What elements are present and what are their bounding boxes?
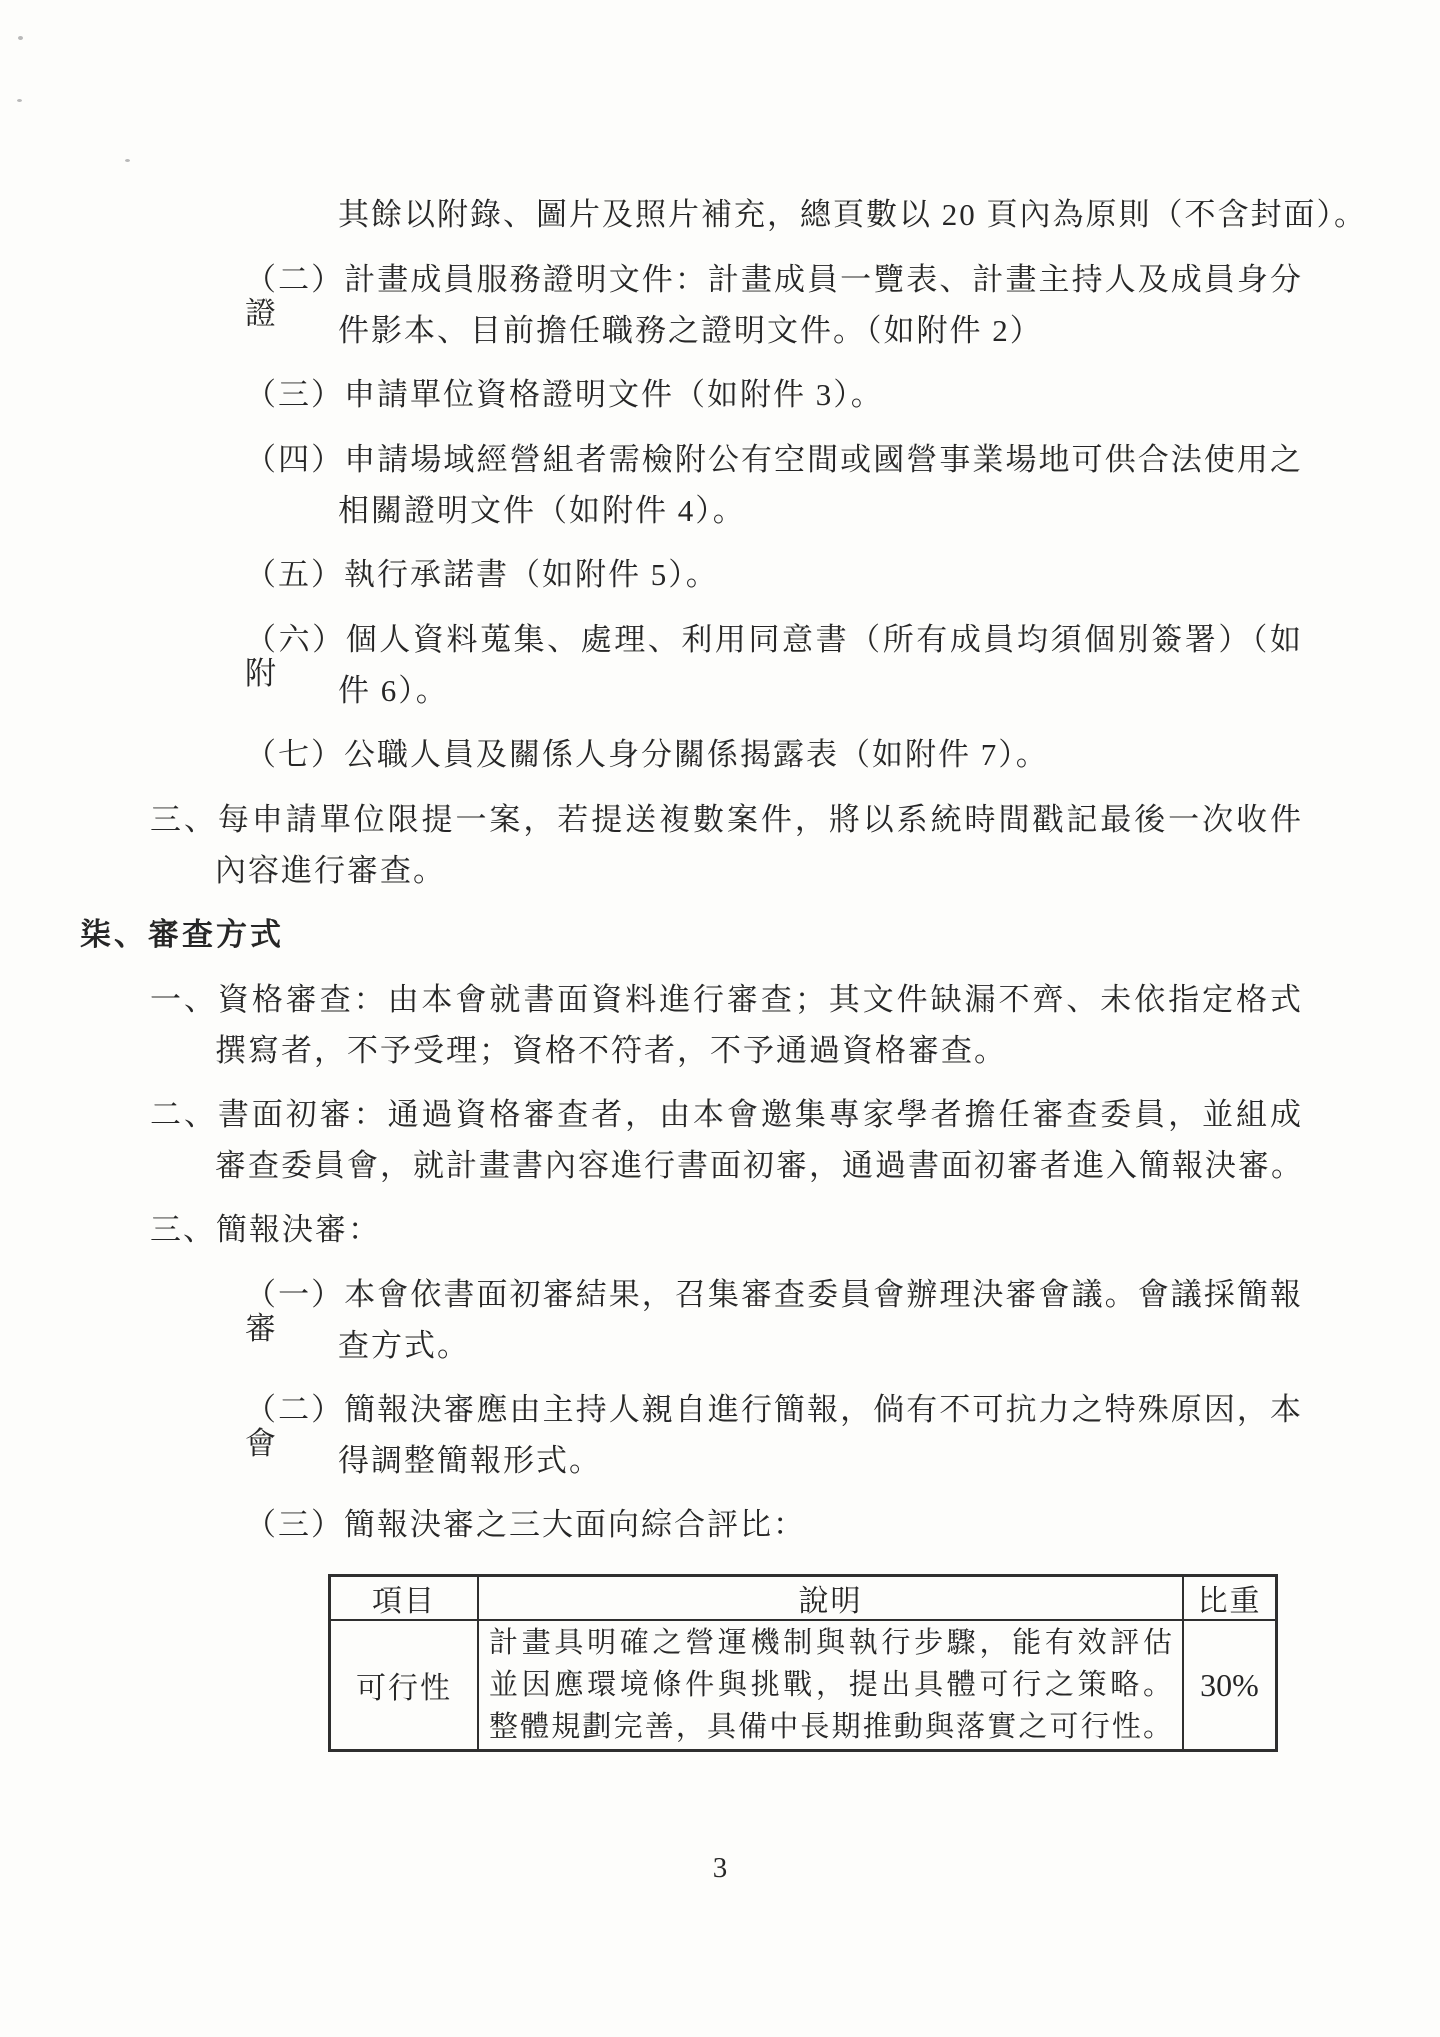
doc-line: 二、書面初審：通過資格審查者，由本會邀集專家學者擔任審查委員，並組成 xyxy=(150,1098,1303,1132)
doc-line: 撰寫者，不予受理；資格不符者，不予通過資格審查。 xyxy=(215,1034,1007,1068)
table-row: 可行性 計畫具明確之營運機制與執行步驟，能有效評估 並因應環境條件與挑戰，提出具… xyxy=(331,1621,1275,1749)
weight-value: 30% xyxy=(1200,1667,1259,1704)
description-line: 整體規劃完善，具備中長期推動與落實之可行性。 xyxy=(489,1706,1172,1748)
doc-line: （五）執行承諾書（如附件 5）。 xyxy=(245,558,719,592)
document-page: 其餘以附錄、圖片及照片補充，總頁數以 20 頁內為原則（不含封面）。 （二）計畫… xyxy=(0,0,1440,2037)
doc-line: （三）簡報決審之三大面向綜合評比： xyxy=(245,1508,806,1542)
doc-line: 內容進行審查。 xyxy=(215,854,446,888)
doc-line: 三、每申請單位限提一案，若提送複數案件，將以系統時間戳記最後一次收件 xyxy=(150,803,1303,837)
table-header-description: 說明 xyxy=(479,1577,1184,1619)
doc-line: 相關證明文件（如附件 4）。 xyxy=(338,494,746,528)
doc-line: 一、資格審查：由本會就書面資料進行審查；其文件缺漏不齊、未依指定格式 xyxy=(150,983,1303,1017)
scan-speck xyxy=(125,159,130,162)
table-header-weight: 比重 xyxy=(1184,1577,1275,1619)
table-header-item: 項目 xyxy=(331,1577,479,1619)
doc-line: 查方式。 xyxy=(338,1329,470,1363)
evaluation-table: 項目 說明 比重 可行性 計畫具明確之營運機制與執行步驟，能有效評估 並因應環境… xyxy=(328,1574,1278,1752)
table-cell-description: 計畫具明確之營運機制與執行步驟，能有效評估 並因應環境條件與挑戰，提出具體可行之… xyxy=(479,1621,1184,1749)
table-cell-weight: 30% xyxy=(1184,1621,1275,1749)
doc-line: （三）申請單位資格證明文件（如附件 3）。 xyxy=(245,378,884,412)
doc-line: 其餘以附錄、圖片及照片補充，總頁數以 20 頁內為原則（不含封面）。 xyxy=(338,198,1367,232)
doc-line: （四）申請場域經營組者需檢附公有空間或國營事業場地可供合法使用之 xyxy=(245,443,1303,477)
doc-line: 件 6）。 xyxy=(338,674,449,708)
doc-line: 審查委員會，就計畫書內容進行書面初審，通過書面初審者進入簡報決審。 xyxy=(215,1149,1304,1183)
table-header-row: 項目 說明 比重 xyxy=(331,1577,1275,1621)
description-lines: 計畫具明確之營運機制與執行步驟，能有效評估 並因應環境條件與挑戰，提出具體可行之… xyxy=(479,1622,1182,1748)
table-cell-item: 可行性 xyxy=(331,1621,479,1749)
page-number: 3 xyxy=(700,1852,740,1885)
doc-line: 得調整簡報形式。 xyxy=(338,1444,602,1478)
scan-speck xyxy=(17,99,22,102)
section-heading: 柒、審查方式 xyxy=(80,918,284,952)
description-line: 並因應環境條件與挑戰，提出具體可行之策略。 xyxy=(489,1664,1172,1706)
doc-line: 件影本、目前擔任職務之證明文件。（如附件 2） xyxy=(338,314,1043,348)
doc-line: （七）公職人員及關係人身分關係揭露表（如附件 7）。 xyxy=(245,738,1049,772)
description-line: 計畫具明確之營運機制與執行步驟，能有效評估 xyxy=(489,1622,1172,1664)
doc-line: 三、簡報決審： xyxy=(150,1213,381,1247)
scan-speck xyxy=(18,36,23,40)
